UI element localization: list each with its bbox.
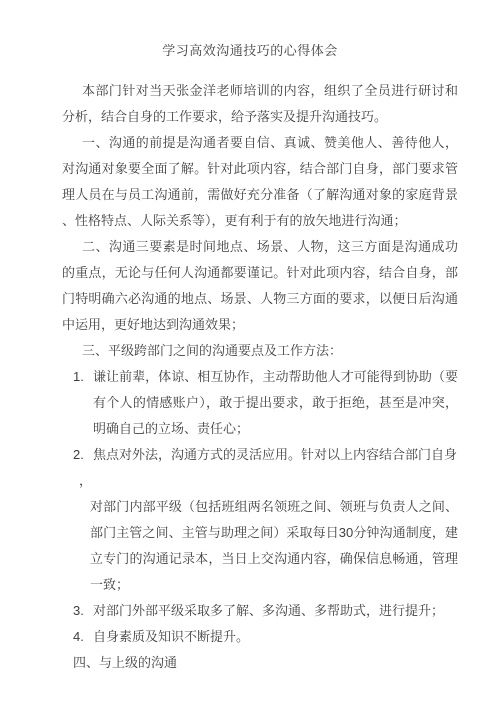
document-body: 本部门针对当天张金洋老师培训的内容，组织了全员进行研讨和分析，结合自身的工作要求… [62, 78, 458, 676]
section-four-heading: 四、与上级的沟通 [73, 650, 458, 676]
section-one-paragraph: 一、沟通的前提是沟通者要自信、真诚、赞美他人、善待他人，对沟通对象要全面了解。针… [62, 130, 458, 234]
list-item-2-number: 2. [73, 442, 84, 468]
item2-continuation-paragraph: 对部门内部平级（包括班组两名领班之间、领班与负责人之间、部门主管之间、主管与助理… [90, 494, 458, 598]
list-item-4-text: 自身素质及知识不断提升。 [93, 629, 249, 644]
list-item-1: 1. 谦让前辈，体谅、相互协作，主动帮助他人才可能得到协助（要有个人的情感账户）… [73, 364, 458, 442]
list-item-4: 4. 自身素质及知识不断提升。 [73, 624, 458, 650]
section-three-heading: 三、平级跨部门之间的沟通要点及工作方法： [62, 338, 458, 364]
list-item-3-number: 3. [73, 598, 84, 624]
orphan-comma-line: ， [79, 468, 458, 494]
list-item-3-text: 对部门外部平级采取多了解、多沟通、多帮助式，进行提升； [93, 603, 444, 618]
list-item-1-number: 1. [73, 364, 84, 390]
list-item-2: 2. 焦点对外法，沟通方式的灵活应用。针对以上内容结合部门自身 [73, 442, 458, 468]
list-item-2-text: 焦点对外法，沟通方式的灵活应用。针对以上内容结合部门自身 [93, 447, 457, 462]
document-page: 学习高效沟通技巧的心得体会 本部门针对当天张金洋老师培训的内容，组织了全员进行研… [0, 0, 500, 707]
list-item-3: 3. 对部门外部平级采取多了解、多沟通、多帮助式，进行提升； [73, 598, 458, 624]
list-item-1-text: 谦让前辈，体谅、相互协作，主动帮助他人才可能得到协助（要有个人的情感账户），敢于… [93, 369, 458, 436]
section-two-paragraph: 二、沟通三要素是时间地点、场景、人物，这三方面是沟通成功的重点，无论与任何人沟通… [62, 234, 458, 338]
document-title: 学习高效沟通技巧的心得体会 [0, 38, 500, 64]
intro-paragraph: 本部门针对当天张金洋老师培训的内容，组织了全员进行研讨和分析，结合自身的工作要求… [62, 78, 458, 130]
list-item-4-number: 4. [73, 624, 84, 650]
